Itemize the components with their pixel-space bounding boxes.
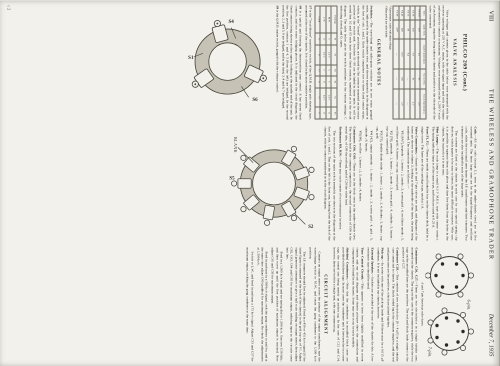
table-cell: C xyxy=(315,107,320,119)
table-header-cell: Screen Current (mA) xyxy=(420,89,425,119)
table-cell: V1 6A7 xyxy=(415,6,420,20)
columns: PHILCO 269 (Cont.) VALVE ANALYSIS Valve … xyxy=(10,6,478,362)
column-1: PHILCO 269 (Cont.) VALVE ANALYSIS Valve … xyxy=(10,6,478,120)
page-header: VIII THE WIRELESS AND GRAMOPHONE TRADER … xyxy=(488,11,495,357)
table-cell: O xyxy=(326,107,331,119)
table-cell: 1,2 C xyxy=(326,45,331,64)
table-row: V4 4224023.02505.0 xyxy=(399,6,404,119)
table-cell: C xyxy=(326,33,331,45)
valve-base-diagrams: 6-pin. 7-pin. xyxy=(426,249,476,361)
table-header-cell: Positions xyxy=(331,6,336,33)
s7-para: S7 is the “local-distant” sensitivity sw… xyxy=(304,6,313,120)
table-cell: 2,3 C xyxy=(320,88,325,107)
table-footnotes: * Approximate ; varies with mains voltag… xyxy=(384,6,391,120)
table-cell: — xyxy=(393,39,398,69)
v5-para: V5 [80], rectifier : 1, heater ; 2, 3, a… xyxy=(359,127,363,241)
switches-para: Switches.—The wave-band and radio-gram s… xyxy=(339,6,374,120)
alignment-para-1: Connect an output meter across the prima… xyxy=(308,248,321,362)
table-cell: 240 xyxy=(399,20,404,39)
masthead-title: THE WIRELESS AND GRAMOPHONE TRADER xyxy=(488,51,495,299)
c66-c69-para: Condensers C66, C69.—These are in the bl… xyxy=(344,127,357,241)
table-cell: 250 xyxy=(410,20,415,39)
screens-para: The screens are fixed to the chassis in … xyxy=(441,127,458,241)
switch-diagram-front: S4 S1 S6 xyxy=(185,17,273,109)
page-number: VIII xyxy=(488,11,495,51)
pilot-lamps-para: Pilot Lamps.—The scale lamp is a small 6… xyxy=(431,127,440,241)
base-label-6pin: 6-pin. xyxy=(467,300,472,311)
table-row: Gram.OOOOOC xyxy=(315,6,320,119)
alignment-para-2: The I.F. trimmers should first be adjust… xyxy=(285,248,307,362)
switch-diagram-rear: BLANK S5 S2 xyxy=(226,134,321,234)
table-cell: O xyxy=(315,33,320,45)
alignment-para-3: Feed in a 1,500 kc/s signal and set tuni… xyxy=(270,248,283,362)
table-cell: 7.0 xyxy=(410,39,415,69)
fuses-para: Fuses F1, F2.—These are inside a small b… xyxy=(420,127,429,241)
external-speaker-para: External Speaker.—Sockets are provided a… xyxy=(366,248,375,362)
article-title: PHILCO 269 (Cont.) xyxy=(462,6,468,120)
printers-mark: c 2 xyxy=(7,6,12,11)
v3-para: V3 [75], double diode triode : 1, heater… xyxy=(375,127,384,241)
column-2: Coils.—All the coils (except L1, seen in… xyxy=(10,127,478,241)
table-row: M.W.C1,2 CCC1,2 CO xyxy=(326,6,331,119)
table-cell: C xyxy=(326,65,331,77)
table-header-cell: Anode Volts xyxy=(420,20,425,39)
table-cell: 85 xyxy=(415,69,420,88)
table-cell: O xyxy=(315,45,320,64)
c28-para: Condenser C28.—This consists of two elec… xyxy=(386,248,399,362)
column-3: 6-pin. 7-pin. 6 and 7 pin American valv xyxy=(10,248,478,362)
switch-label-s4: S4 xyxy=(229,19,235,25)
v4-para: V4 [42], output pentode : 1, heater ; 2,… xyxy=(364,127,373,241)
footnote: * Approximate ; varies with mains voltag… xyxy=(388,6,391,120)
table-cell: — xyxy=(393,69,398,88)
table-cell: 2.3 xyxy=(415,89,420,119)
alignment-para-5: Switch to L.W., and feed in and tune a 1… xyxy=(245,248,254,362)
scanned-magazine-page: VIII THE WIRELESS AND GRAMOPHONE TRADER … xyxy=(0,0,500,366)
s9-para: S9 is the Q.M.B. mains switch, ganged wi… xyxy=(275,6,279,120)
table-cell: Gram. xyxy=(315,6,320,33)
switch-sections-para: The two sections of the main switch asse… xyxy=(323,127,336,241)
table-cell: V3 75 xyxy=(404,6,409,20)
switch-label-s6: S6 xyxy=(253,97,259,103)
table-cell: 250 xyxy=(399,69,404,88)
table-cell: 2,3 C xyxy=(320,45,325,64)
table-cell: L.W. xyxy=(320,6,325,33)
table-cell: 0.4 xyxy=(404,39,409,69)
page-sheet-rotated: VIII THE WIRELESS AND GRAMOPHONE TRADER … xyxy=(0,1,500,366)
table-header-cell: Anode Current (mA) xyxy=(420,39,425,69)
switch-label-s1: S1 xyxy=(188,55,194,61)
valve-analysis-intro: Valve voltages and currents given in the… xyxy=(428,6,450,120)
valve-analysis-table: ValveAnode VoltsAnode Current (mA)Screen… xyxy=(393,6,427,120)
table-cell: 3.5 xyxy=(415,39,420,69)
table-cell: M.W. xyxy=(326,6,331,33)
table-cell: 1.7 xyxy=(410,89,415,119)
table-cell: 85 xyxy=(410,69,415,88)
table-cell: V5 80 xyxy=(393,6,398,20)
table-cell: O xyxy=(315,65,320,77)
table-cell: V4 42 xyxy=(399,6,404,20)
table-cell: 350* xyxy=(393,20,398,39)
valve-analysis-heading: VALVE ANALYSIS xyxy=(453,6,458,120)
table-cell: 250 xyxy=(415,20,420,39)
table-row: V1 6A72503.5852.3 xyxy=(415,6,420,119)
table-cell: — xyxy=(393,89,398,119)
tone-control-para: Tone Control Circuit.—This appears to ha… xyxy=(351,248,364,362)
footnote: † Measured at the valve holder. xyxy=(384,6,387,120)
valve-connections-para: Valve Connections.—American 6- and 7-pin… xyxy=(406,127,419,241)
table-cell: O xyxy=(320,76,325,88)
table-cell: O xyxy=(315,88,320,107)
table-cell: V2 78 xyxy=(410,6,415,20)
table-cell: 23.0 xyxy=(399,39,404,69)
table-header-cell: S3 xyxy=(331,65,336,77)
r8-r14-para: Resistances R8, R14.—These may each cons… xyxy=(338,127,342,241)
switch-position-table: PositionsS1S2S3S4S5S6M.W.C1,2 CCC1,2 COL… xyxy=(314,6,337,120)
pickup-para: Pick-up.—In series with one of the pick-… xyxy=(376,248,385,362)
base-label-7pin: 7-pin. xyxy=(428,347,433,358)
switch-label-s2: S2 xyxy=(308,225,314,230)
table-header-cell: S6 xyxy=(331,107,336,119)
table-header-cell: S1 xyxy=(331,33,336,45)
table-row: V2 782507.0851.7 xyxy=(410,6,415,119)
table-cell: C xyxy=(326,76,331,88)
circuit-alignment-heading: CIRCUIT ALIGNMENT xyxy=(324,248,329,362)
s8-para: S8 is a special unit forming the three-p… xyxy=(281,6,303,120)
table-header-cell: S4 xyxy=(331,76,336,88)
table-header-cell: Valve xyxy=(420,6,425,20)
table-cell: — xyxy=(404,69,409,88)
shielded-condensers-para: Shielded Condensers.—Note that the conde… xyxy=(332,248,349,362)
general-notes-heading: GENERAL NOTES xyxy=(376,6,381,120)
v2-para: V2 [78], pentode : 1, heater ; 2, anode … xyxy=(385,127,394,241)
table-row: L.W.O2,3 CCO2,3 CO xyxy=(320,6,325,119)
blank-sector-label: BLANK xyxy=(233,137,238,153)
alignment-para-4: Feed in and tune in a 580 kc/s signal, r… xyxy=(256,248,269,362)
switch-label-s5: S5 xyxy=(229,177,235,182)
table-row: V3 75900.4—— xyxy=(404,6,409,119)
issue-date: December 7, 1935 xyxy=(488,299,494,357)
v1-para: V1 [6A7], heptode : 1, heater ; 2, anode… xyxy=(395,127,404,241)
table-cell: O xyxy=(315,76,320,88)
table-cell: O xyxy=(320,33,325,45)
table-header-cell: Screen Volts xyxy=(420,69,425,88)
table-cell: — xyxy=(404,89,409,119)
table-header-cell: S5 xyxy=(331,88,336,107)
table-cell: C xyxy=(320,65,325,77)
c26-c27-para: Condensers C26, C27.—These are two elect… xyxy=(401,248,418,362)
table-row: V5 80350*——— xyxy=(393,6,398,119)
table-cell: 1,2 C xyxy=(326,88,331,107)
valve-bases-caption: 6 and 7 pin American valve bases. xyxy=(420,248,424,362)
table-header-cell: S2 xyxy=(331,45,336,64)
table-cell: 90 xyxy=(404,20,409,39)
coils-para: Coils.—All the coils (except L1, seen in… xyxy=(460,127,477,241)
table-cell: 5.0 xyxy=(399,89,404,119)
table-cell: O xyxy=(320,107,325,119)
